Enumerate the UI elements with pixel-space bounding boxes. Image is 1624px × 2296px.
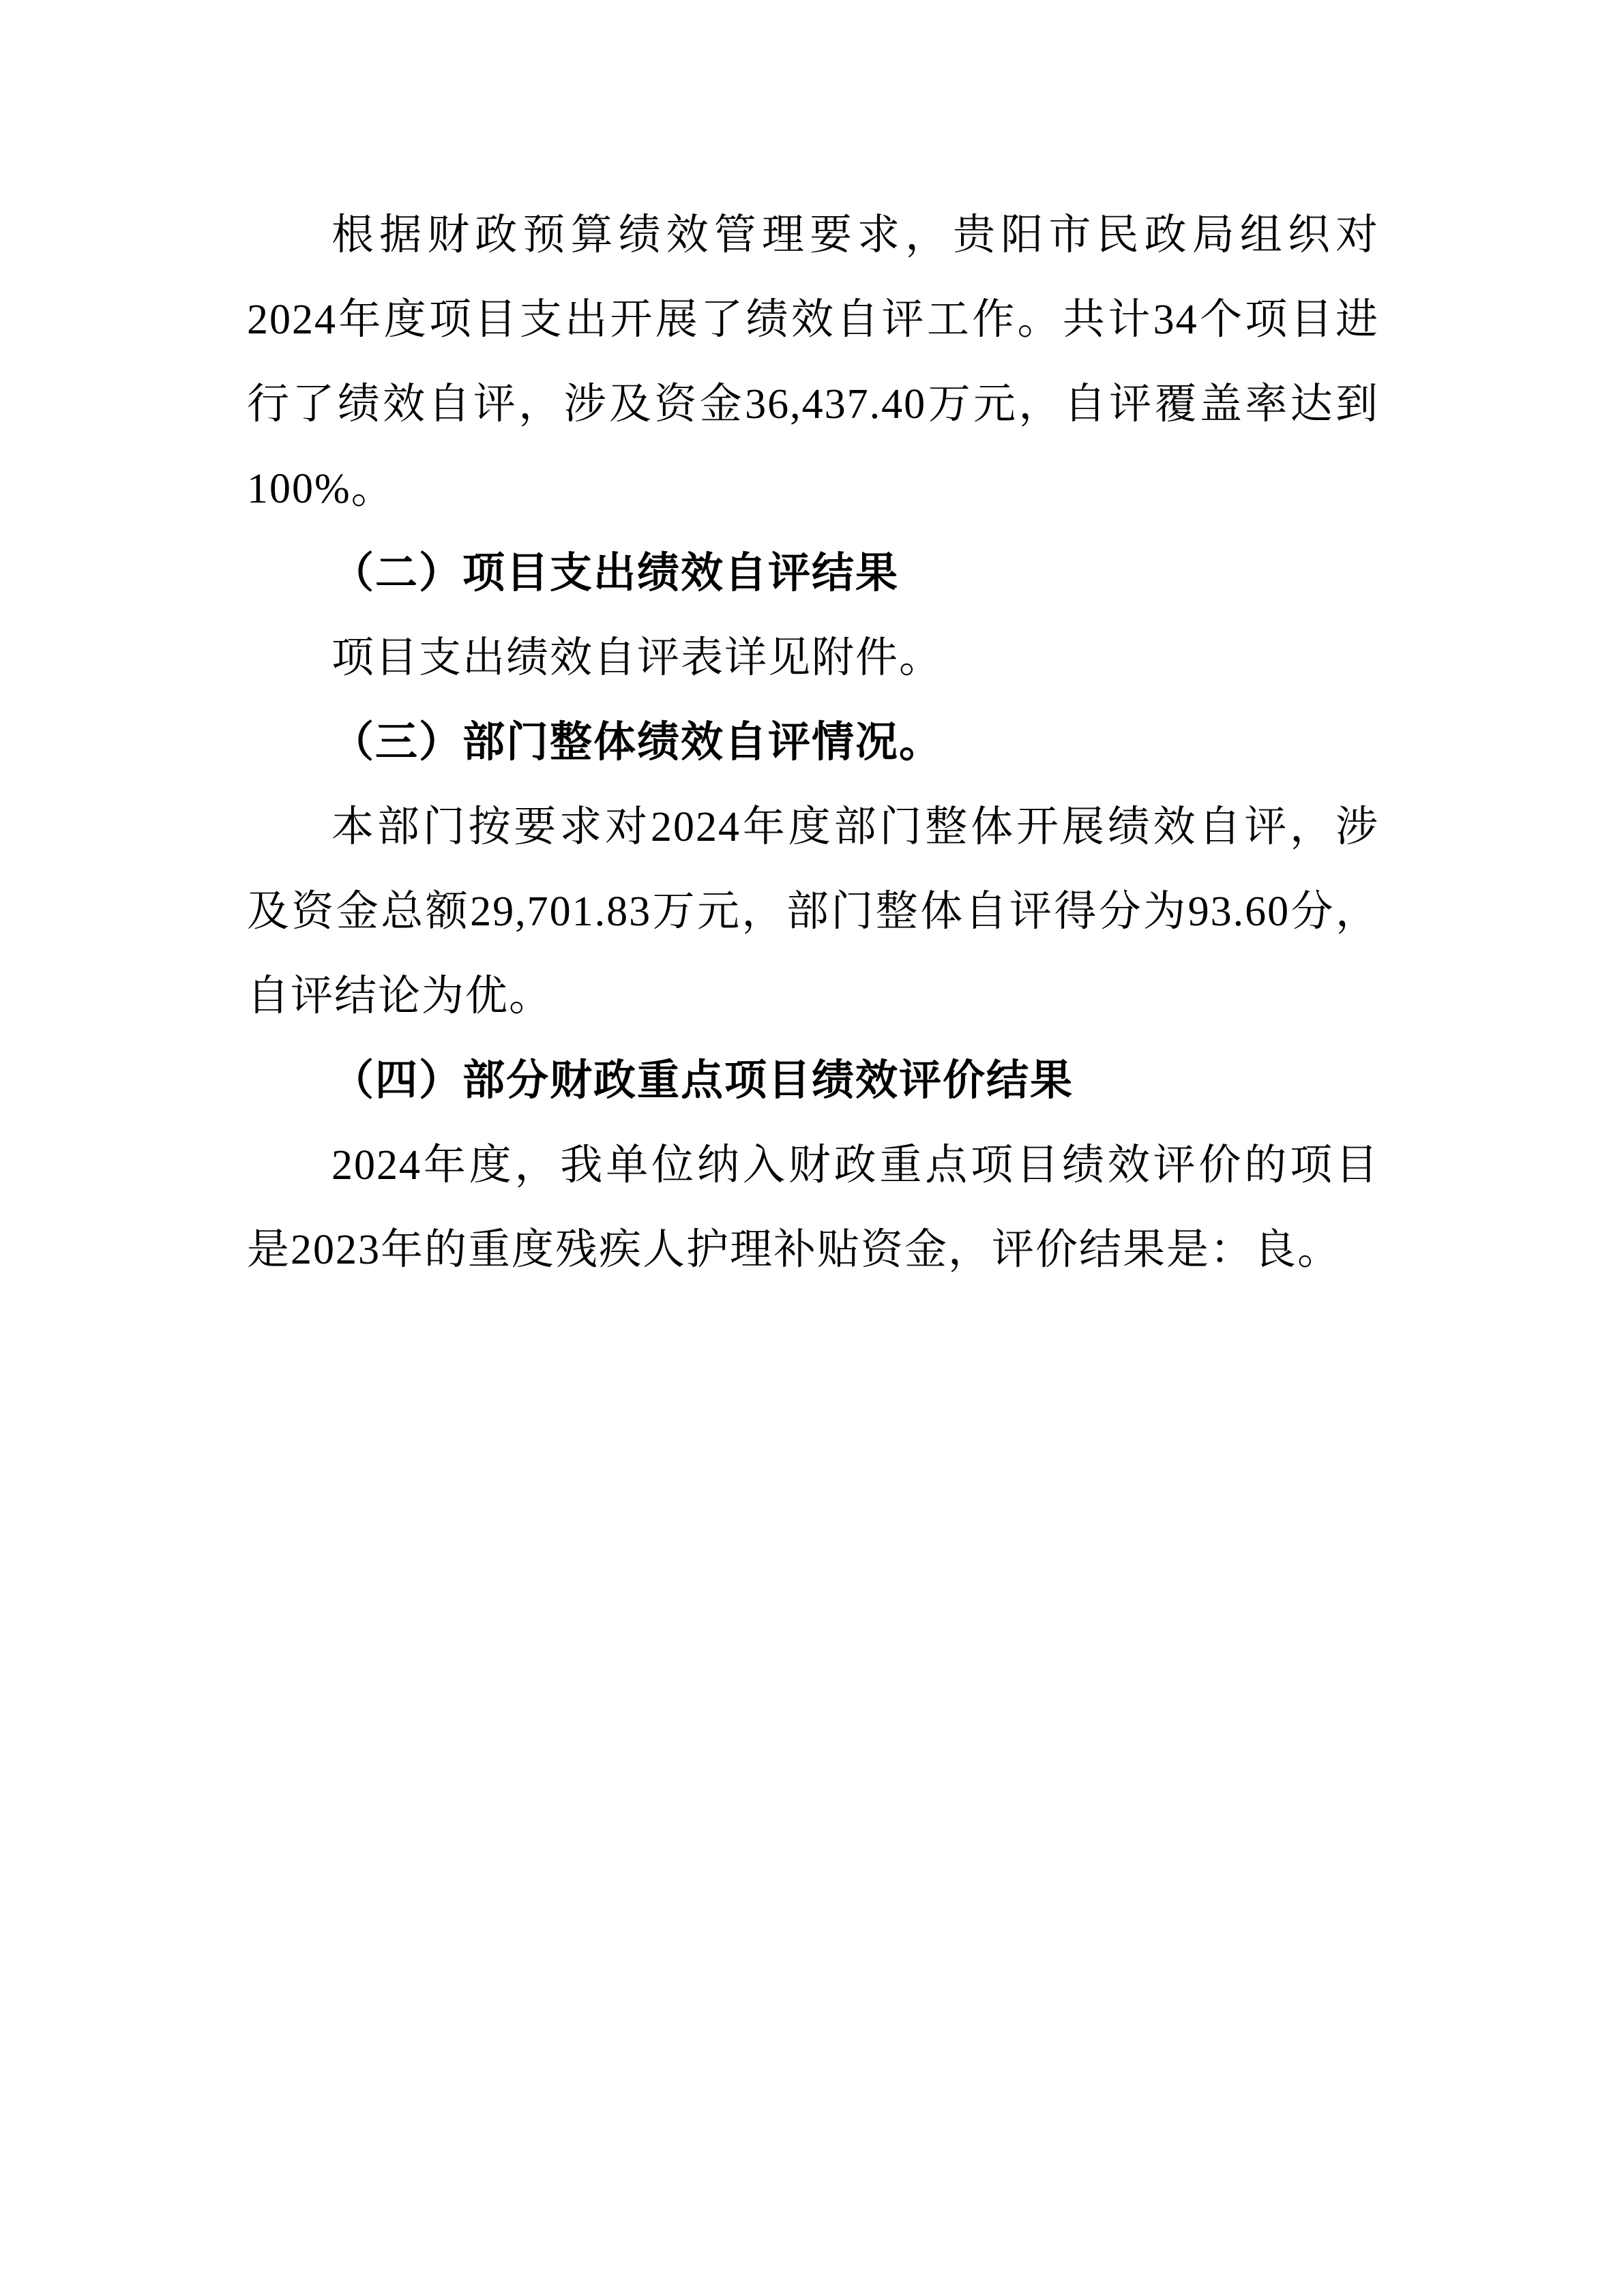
paragraph-department-self-evaluation-detail: 本部门按要求对2024年度部门整体开展绩效自评，涉及资金总额29,701.83万… (247, 785, 1379, 1039)
paragraph-key-project-evaluation-detail: 2024年度，我单位纳入财政重点项目绩效评价的项目是2023年的重度残疾人护理补… (247, 1123, 1379, 1292)
paragraph-project-self-evaluation-overview: 根据财政预算绩效管理要求，贵阳市民政局组织对2024年度项目支出开展了绩效自评工… (247, 193, 1379, 531)
heading-section-3-department-overall-self-evaluation: （三）部门整体绩效自评情况。 (247, 700, 1379, 785)
document-page: 根据财政预算绩效管理要求，贵阳市民政局组织对2024年度项目支出开展了绩效自评工… (0, 0, 1624, 2296)
paragraph-attachment-note: 项目支出绩效自评表详见附件。 (247, 616, 1379, 700)
heading-section-4-key-project-evaluation-results: （四）部分财政重点项目绩效评价结果 (247, 1039, 1379, 1123)
heading-section-2-project-expenditure-results: （二）项目支出绩效自评结果 (247, 531, 1379, 616)
document-content: 根据财政预算绩效管理要求，贵阳市民政局组织对2024年度项目支出开展了绩效自评工… (247, 193, 1379, 1292)
